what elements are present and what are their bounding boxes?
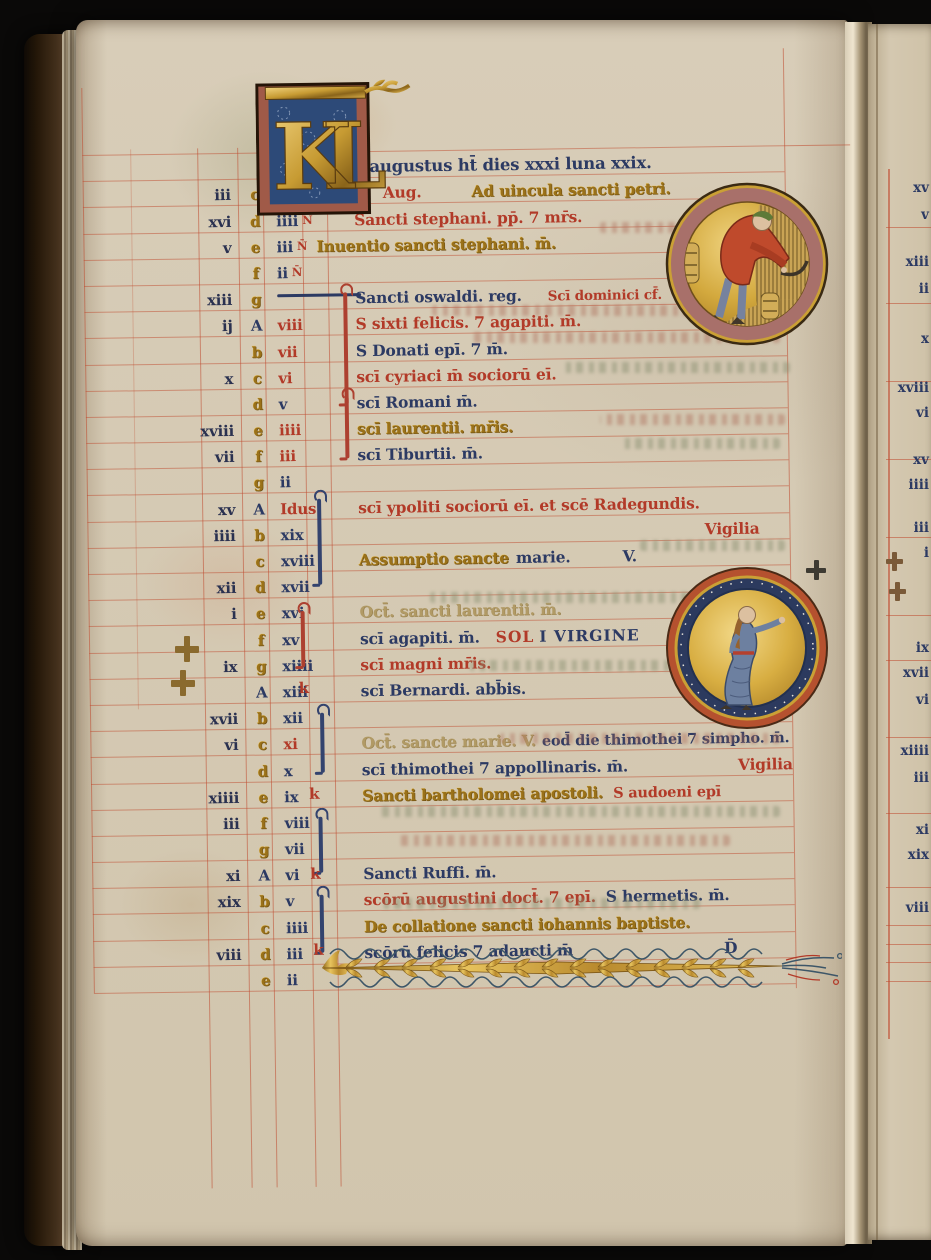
feast-text: Scī dominici cf̄. (548, 287, 662, 305)
dominical-letter: b (249, 893, 281, 911)
feast-text: Sancti Ruffi. m̄. (363, 863, 496, 884)
day-count: xvii (276, 578, 349, 597)
feast-text: scī cyriaci m̄ sociorū eī. (356, 364, 556, 386)
day-numeral: viii (277, 316, 302, 334)
day-numeral: xi (283, 735, 297, 753)
wheat-sheaf (761, 293, 779, 319)
feast-text: I VIRGINE (539, 625, 640, 645)
golden-number: xi (92, 867, 248, 887)
day-count: iii (274, 447, 347, 466)
nones-abbreviation: N̄ (292, 265, 303, 279)
zodiac-virgo-medallion (662, 563, 832, 733)
golden-number: v (83, 239, 239, 259)
feast-text: Vigilia (738, 754, 793, 774)
day-count: vi (273, 368, 346, 387)
feast-text: S audoeni epī (613, 783, 721, 802)
day-numeral: xii (283, 709, 303, 727)
dominical-letter: e (245, 605, 277, 623)
day-numeral: iii (276, 238, 293, 256)
ruling-horizontal (784, 144, 850, 146)
golden-number: xiii (84, 291, 240, 311)
golden-number: iii (83, 186, 239, 206)
line-filler-flourish (316, 942, 842, 996)
feast-text: SOL (496, 626, 535, 646)
lunar-k-mark: k (310, 865, 321, 883)
day-numeral: ii (280, 474, 291, 492)
day-numeral: v (279, 395, 288, 413)
day-numeral: iiii (286, 919, 308, 937)
feast-text: scī agapiti. m̄. (360, 627, 480, 648)
golden-number: xix (93, 893, 249, 913)
dominical-letter: e (239, 238, 271, 256)
feast-text: Sancti bartholomei apostoli. (362, 783, 603, 805)
day-count: xvi (277, 604, 350, 623)
feast-text: Assumptio sancte (359, 548, 509, 569)
kl-monogram-initial: KL (255, 75, 429, 223)
labor-of-month-reaping-medallion (663, 181, 831, 349)
bleedthrough-text (380, 806, 780, 817)
feast-text: V. (622, 546, 637, 565)
bleedthrough-text (400, 835, 730, 846)
dominical-letter: g (248, 840, 280, 858)
dominical-letter: d (249, 945, 281, 963)
day-numeral: viii (284, 814, 309, 832)
day-count: x (279, 761, 352, 780)
day-count: viii (272, 316, 345, 335)
dominical-letter: b (243, 526, 275, 544)
day-count: xv (277, 630, 350, 649)
golden-number: xv (87, 500, 243, 520)
feast-text: Vigilia (705, 518, 760, 538)
feast-text: scī Bernardi. abb̄is. (361, 679, 527, 700)
bleedthrough-text (380, 898, 700, 909)
golden-number (94, 990, 250, 992)
dominical-letter: g (245, 657, 277, 675)
golden-number: xiiii (91, 788, 247, 808)
dominical-letter: c (249, 919, 281, 937)
dominical-letter: g (240, 291, 272, 309)
day-numeral: xix (280, 526, 303, 544)
day-count: xii (278, 708, 351, 727)
feast-text: marie. (516, 547, 571, 567)
feast-text: Inuentio sancti stephani. m̄. (316, 233, 556, 255)
day-numeral: vi (278, 369, 292, 387)
dominical-letter: A (248, 867, 280, 885)
golden-number: xii (88, 579, 244, 599)
day-numeral: iii (286, 945, 303, 963)
day-numeral: iii (279, 447, 296, 465)
dominical-letter: d (247, 762, 279, 780)
golden-number: x (85, 370, 241, 390)
cadel-flourish (301, 611, 305, 667)
day-count: xiii (278, 682, 351, 701)
dominical-letter: f (242, 448, 274, 466)
golden-number: iiii (87, 527, 243, 547)
day-count (272, 290, 345, 309)
lunar-k-mark: k (299, 679, 310, 697)
bleedthrough-text (640, 540, 785, 551)
day-numeral: x (284, 762, 293, 780)
bleedthrough-text (600, 414, 785, 425)
day-numeral: ii (277, 264, 288, 282)
day-numeral: iiii (279, 421, 301, 439)
dominical-letter: c (244, 552, 276, 570)
golden-number: iii (91, 815, 247, 835)
golden-number: ix (89, 658, 245, 678)
day-count: xiiii (277, 656, 350, 675)
dominical-letter: e (250, 971, 282, 989)
feast-text: scī Romani m̄. (357, 391, 478, 412)
feast-text: scī laurentii. mr̄is. (357, 417, 514, 438)
golden-number: xviii (86, 422, 242, 442)
day-count: xi (278, 735, 351, 754)
day-count: iiN̄ (272, 263, 345, 282)
day-count: vii (273, 342, 346, 361)
day-count: iiii (281, 918, 354, 937)
golden-number: i (89, 605, 245, 625)
nones-abbreviation: N̄ (297, 239, 308, 253)
dominical-letter: f (240, 264, 272, 282)
day-count: xix (275, 525, 348, 544)
feast-text: Ad uincula sancti petri. (471, 179, 670, 201)
feast-text: scī thimothei 7 appollinaris. m̄. (362, 756, 629, 779)
day-count: iiii (274, 420, 347, 439)
feast-text: scī Tiburtii. m̄. (357, 444, 483, 465)
dominical-letter: b (241, 343, 273, 361)
day-numeral: ii (287, 971, 298, 989)
golden-number: vii (86, 448, 242, 468)
bleedthrough-text (560, 362, 790, 373)
golden-number: ij (84, 317, 240, 337)
dominical-letter: e (242, 421, 274, 439)
dominical-letter: A (240, 317, 272, 335)
day-count: xviii (276, 551, 349, 570)
day-numeral: vii (278, 343, 298, 361)
bleedthrough-text (500, 733, 780, 744)
dominical-letter: g (243, 474, 275, 492)
day-numeral: vi (285, 866, 299, 884)
dominical-letter: d (244, 579, 276, 597)
day-count: v (274, 394, 347, 413)
margin-cross-icon (175, 636, 199, 662)
golden-number: vi (90, 736, 246, 756)
dominical-letter: f (247, 814, 279, 832)
day-numeral: xv (282, 631, 300, 649)
golden-number: xvi (83, 212, 239, 232)
golden-number: viii (93, 946, 249, 966)
manuscript-photo: xv v xiii ii x xviii vi xv iiii iii i ix… (0, 0, 931, 1260)
day-numeral: ix (284, 788, 298, 806)
dominical-letter: c (241, 369, 273, 387)
day-numeral: xviii (281, 552, 315, 570)
golden-number: xvii (90, 710, 246, 730)
lunar-k-mark: k (309, 785, 320, 803)
feast-text: Oct̄. sancti laurentii. m̄. (359, 600, 561, 622)
dominical-letter: A (246, 683, 278, 701)
dominical-letter: f (245, 631, 277, 649)
day-count: ii (275, 473, 348, 492)
day-count: Idus (275, 499, 348, 518)
day-count: vii (280, 839, 353, 858)
dominical-letter: A (243, 500, 275, 518)
day-numeral: v (286, 893, 295, 911)
margin-cross-icon (171, 670, 195, 696)
dominical-letter: d (242, 395, 274, 413)
dominical-letter: b (246, 709, 278, 727)
bleedthrough-text (620, 438, 780, 449)
day-numeral: Idus (280, 499, 316, 518)
day-numeral: xvii (281, 578, 310, 596)
day-numeral: vii (285, 840, 305, 858)
dominical-letter: e (247, 788, 279, 806)
dominical-letter: c (246, 736, 278, 754)
